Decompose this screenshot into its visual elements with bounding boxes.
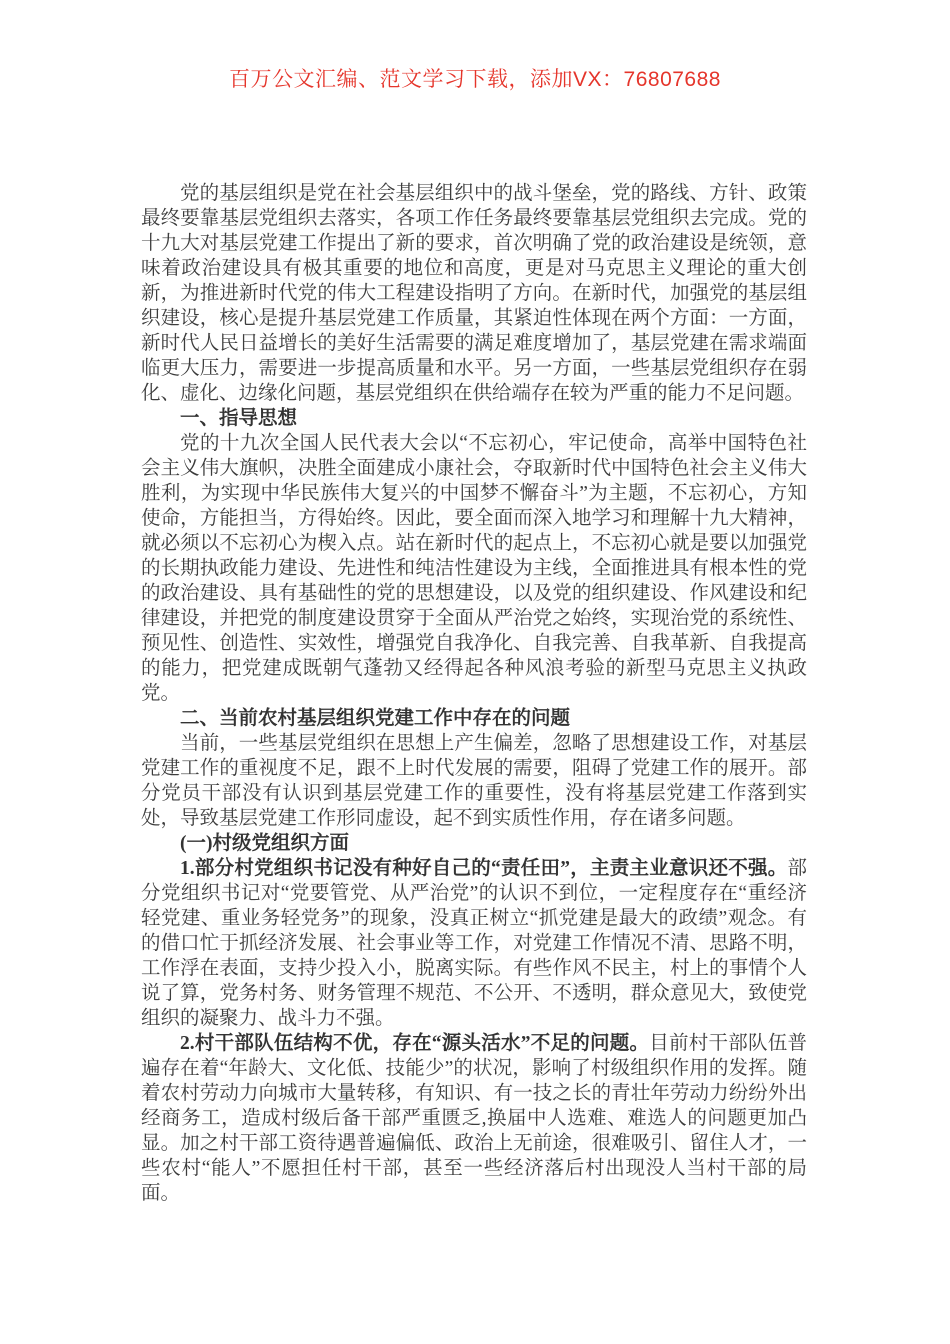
item-2-lead-sentence: 2.村干部队伍结构不优，存在“源头活水”不足的问题。 [180, 1033, 649, 1054]
intro-paragraph: 党的基层组织是党在社会基层组织中的战斗堡垒，党的路线、方针、政策最终要靠基层党组… [141, 181, 807, 406]
section-1-heading: 一、指导思想 [141, 406, 807, 431]
item-1-lead-sentence: 1.部分村党组织书记没有种好自己的“责任田”，主责主业意识还不强。 [180, 858, 787, 879]
promo-banner-text: 百万公文汇编、范文学习下载，添加VX：76807688 [0, 67, 950, 93]
item-2-paragraph: 2.村干部队伍结构不优，存在“源头活水”不足的问题。目前村干部队伍普遍存在着“年… [141, 1031, 807, 1206]
document-body: 党的基层组织是党在社会基层组织中的战斗堡垒，党的路线、方针、政策最终要靠基层党组… [141, 181, 807, 1206]
item-2-body-text: 目前村干部队伍普遍存在着“年龄大、文化低、技能少”的状况，影响了村级组织作用的发… [141, 1033, 807, 1204]
subsection-1-heading: (一)村级党组织方面 [141, 831, 807, 856]
section-2-heading: 二、当前农村基层组织党建工作中存在的问题 [141, 706, 807, 731]
section-2-paragraph: 当前，一些基层党组织在思想上产生偏差，忽略了思想建设工作，对基层党建工作的重视度… [141, 731, 807, 831]
item-1-paragraph: 1.部分村党组织书记没有种好自己的“责任田”，主责主业意识还不强。部分党组织书记… [141, 856, 807, 1031]
item-1-body-text: 部分党组织书记对“党要管党、从严治党”的认识不到位，一定程度存在“重经济轻党建、… [141, 858, 807, 1029]
section-1-paragraph: 党的十九次全国人民代表大会以“不忘初心，牢记使命，高举中国特色社会主义伟大旗帜，… [141, 431, 807, 706]
document-page: 百万公文汇编、范文学习下载，添加VX：76807688 党的基层组织是党在社会基… [0, 0, 950, 1344]
